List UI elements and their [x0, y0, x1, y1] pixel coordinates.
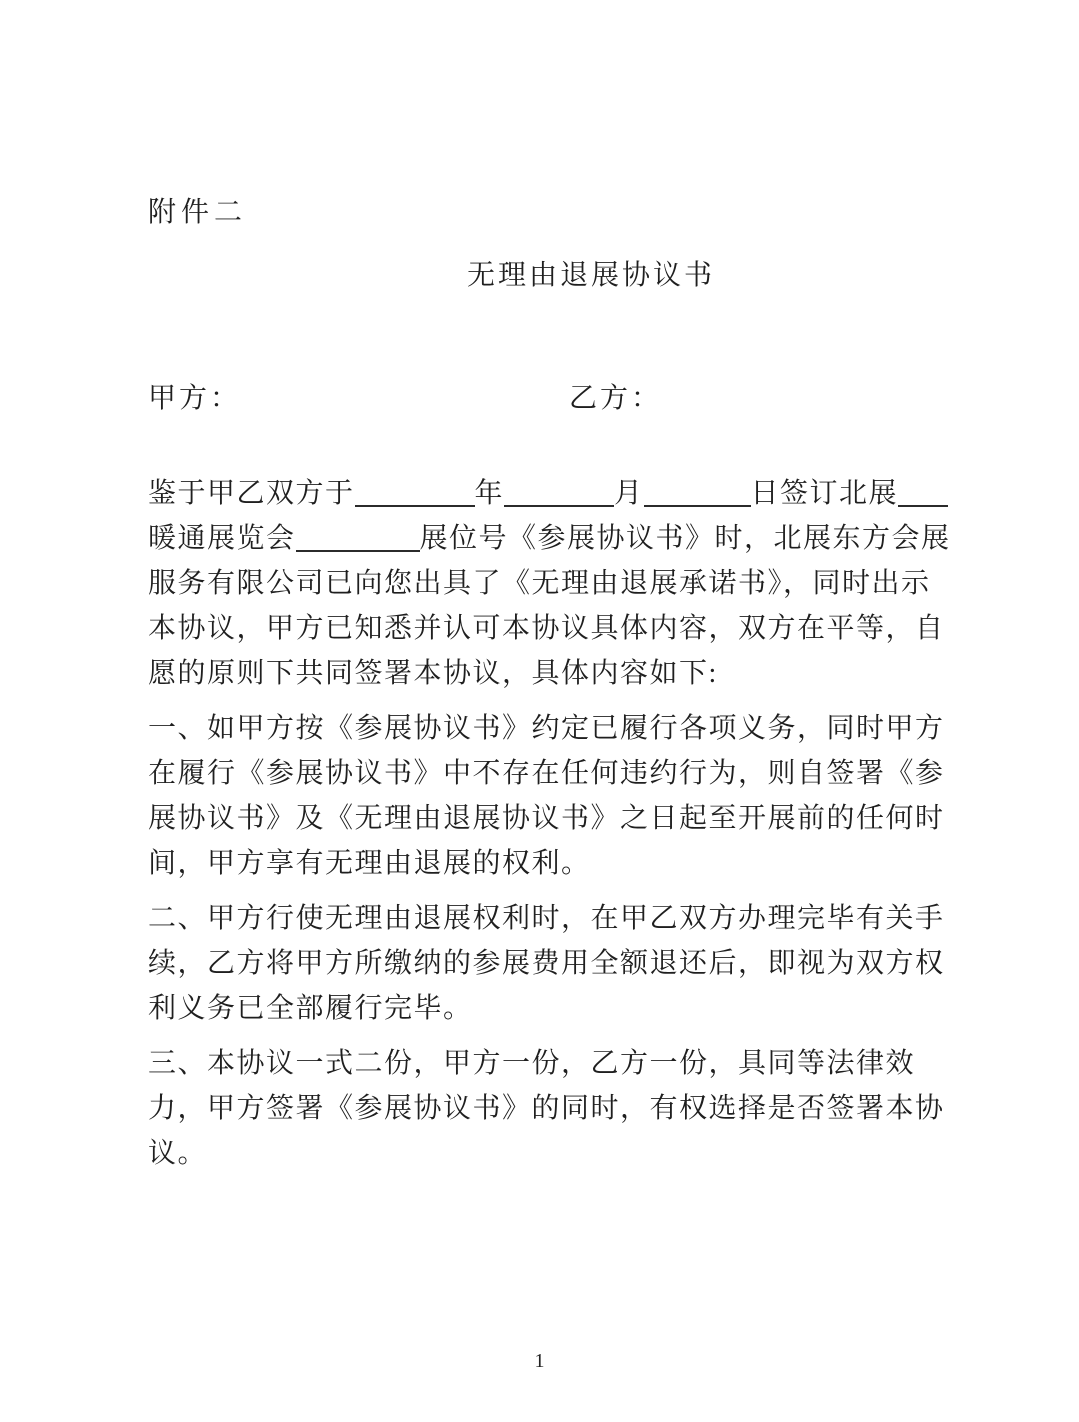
text-run: 利义务已全部履行完毕。	[148, 993, 473, 1024]
text-run: 议。	[148, 1138, 207, 1169]
text-run: 二、甲方行使无理由退展权利时，在甲乙双方办理完毕有关手	[148, 903, 945, 934]
text-run: 日签订北展	[751, 478, 899, 509]
text-run: 服务有限公司已向您出具了《无理由退展承诺书》，同时出示	[148, 568, 931, 599]
text-run: 展协议书》及《无理由退展协议书》之日起至开展前的任何时	[148, 803, 945, 834]
attachment-label: 附件二	[148, 190, 247, 235]
text-line: 鉴于甲乙双方于年月日签订北展	[148, 471, 948, 516]
text-line: 愿的原则下共同签署本协议，具体内容如下:	[148, 651, 948, 696]
page-number: 1	[0, 1346, 1079, 1376]
text-run: 三、本协议一式二份，甲方一份，乙方一份，具同等法律效	[148, 1048, 915, 1079]
text-line: 间，甲方享有无理由退展的权利。	[148, 841, 948, 886]
document-page: 附件二 无理由退展协议书 甲方： 乙方： 鉴于甲乙双方于年月日签订北展暖通展览会…	[0, 0, 1079, 1422]
blank-underline	[296, 522, 420, 552]
text-run: 续，乙方将甲方所缴纳的参展费用全额退还后，即视为双方权	[148, 948, 945, 979]
text-run: 愿的原则下共同签署本协议，具体内容如下:	[148, 658, 718, 689]
text-run: 间，甲方享有无理由退展的权利。	[148, 848, 591, 879]
text-line: 三、本协议一式二份，甲方一份，乙方一份，具同等法律效	[148, 1041, 948, 1086]
text-run: 年	[475, 478, 505, 509]
text-line: 议。	[148, 1131, 948, 1176]
blank-underline	[898, 477, 948, 507]
text-line: 力，甲方签署《参展协议书》的同时，有权选择是否签署本协	[148, 1086, 948, 1131]
text-line: 在履行《参展协议书》中不存在任何违约行为，则自签署《参	[148, 751, 948, 796]
text-line: 暖通展览会展位号《参展协议书》时，北展东方会展	[148, 516, 948, 561]
text-line: 本协议，甲方已知悉并认可本协议具体内容，双方在平等，自	[148, 606, 948, 651]
text-run: 展位号《参展协议书》时，北展东方会展	[420, 523, 951, 554]
blank-underline	[644, 477, 751, 507]
body-paragraph: 鉴于甲乙双方于年月日签订北展暖通展览会展位号《参展协议书》时，北展东方会展服务有…	[148, 471, 948, 696]
parties-row: 甲方： 乙方：	[148, 376, 938, 421]
body-paragraph: 二、甲方行使无理由退展权利时，在甲乙双方办理完毕有关手续，乙方将甲方所缴纳的参展…	[148, 896, 948, 1031]
text-line: 续，乙方将甲方所缴纳的参展费用全额退还后，即视为双方权	[148, 941, 948, 986]
text-line: 服务有限公司已向您出具了《无理由退展承诺书》，同时出示	[148, 561, 948, 606]
text-run: 在履行《参展协议书》中不存在任何违约行为，则自签署《参	[148, 758, 945, 789]
text-run: 力，甲方签署《参展协议书》的同时，有权选择是否签署本协	[148, 1093, 945, 1124]
text-line: 利义务已全部履行完毕。	[148, 986, 948, 1031]
text-run: 一、如甲方按《参展协议书》约定已履行各项义务，同时甲方	[148, 713, 945, 744]
text-line: 一、如甲方按《参展协议书》约定已履行各项义务，同时甲方	[148, 706, 948, 751]
party-a-label: 甲方：	[148, 376, 241, 421]
text-run: 暖通展览会	[148, 523, 296, 554]
blank-underline	[504, 477, 614, 507]
body-paragraph: 一、如甲方按《参展协议书》约定已履行各项义务，同时甲方在履行《参展协议书》中不存…	[148, 706, 948, 886]
document-body: 鉴于甲乙双方于年月日签订北展暖通展览会展位号《参展协议书》时，北展东方会展服务有…	[148, 471, 948, 1176]
document-title: 无理由退展协议书	[0, 253, 1079, 298]
blank-underline	[355, 477, 475, 507]
text-run: 本协议，甲方已知悉并认可本协议具体内容，双方在平等，自	[148, 613, 945, 644]
text-line: 展协议书》及《无理由退展协议书》之日起至开展前的任何时	[148, 796, 948, 841]
party-b-label: 乙方：	[569, 376, 662, 421]
body-paragraph: 三、本协议一式二份，甲方一份，乙方一份，具同等法律效力，甲方签署《参展协议书》的…	[148, 1041, 948, 1176]
text-run: 鉴于甲乙双方于	[148, 478, 355, 509]
text-line: 二、甲方行使无理由退展权利时，在甲乙双方办理完毕有关手	[148, 896, 948, 941]
text-run: 月	[614, 478, 644, 509]
